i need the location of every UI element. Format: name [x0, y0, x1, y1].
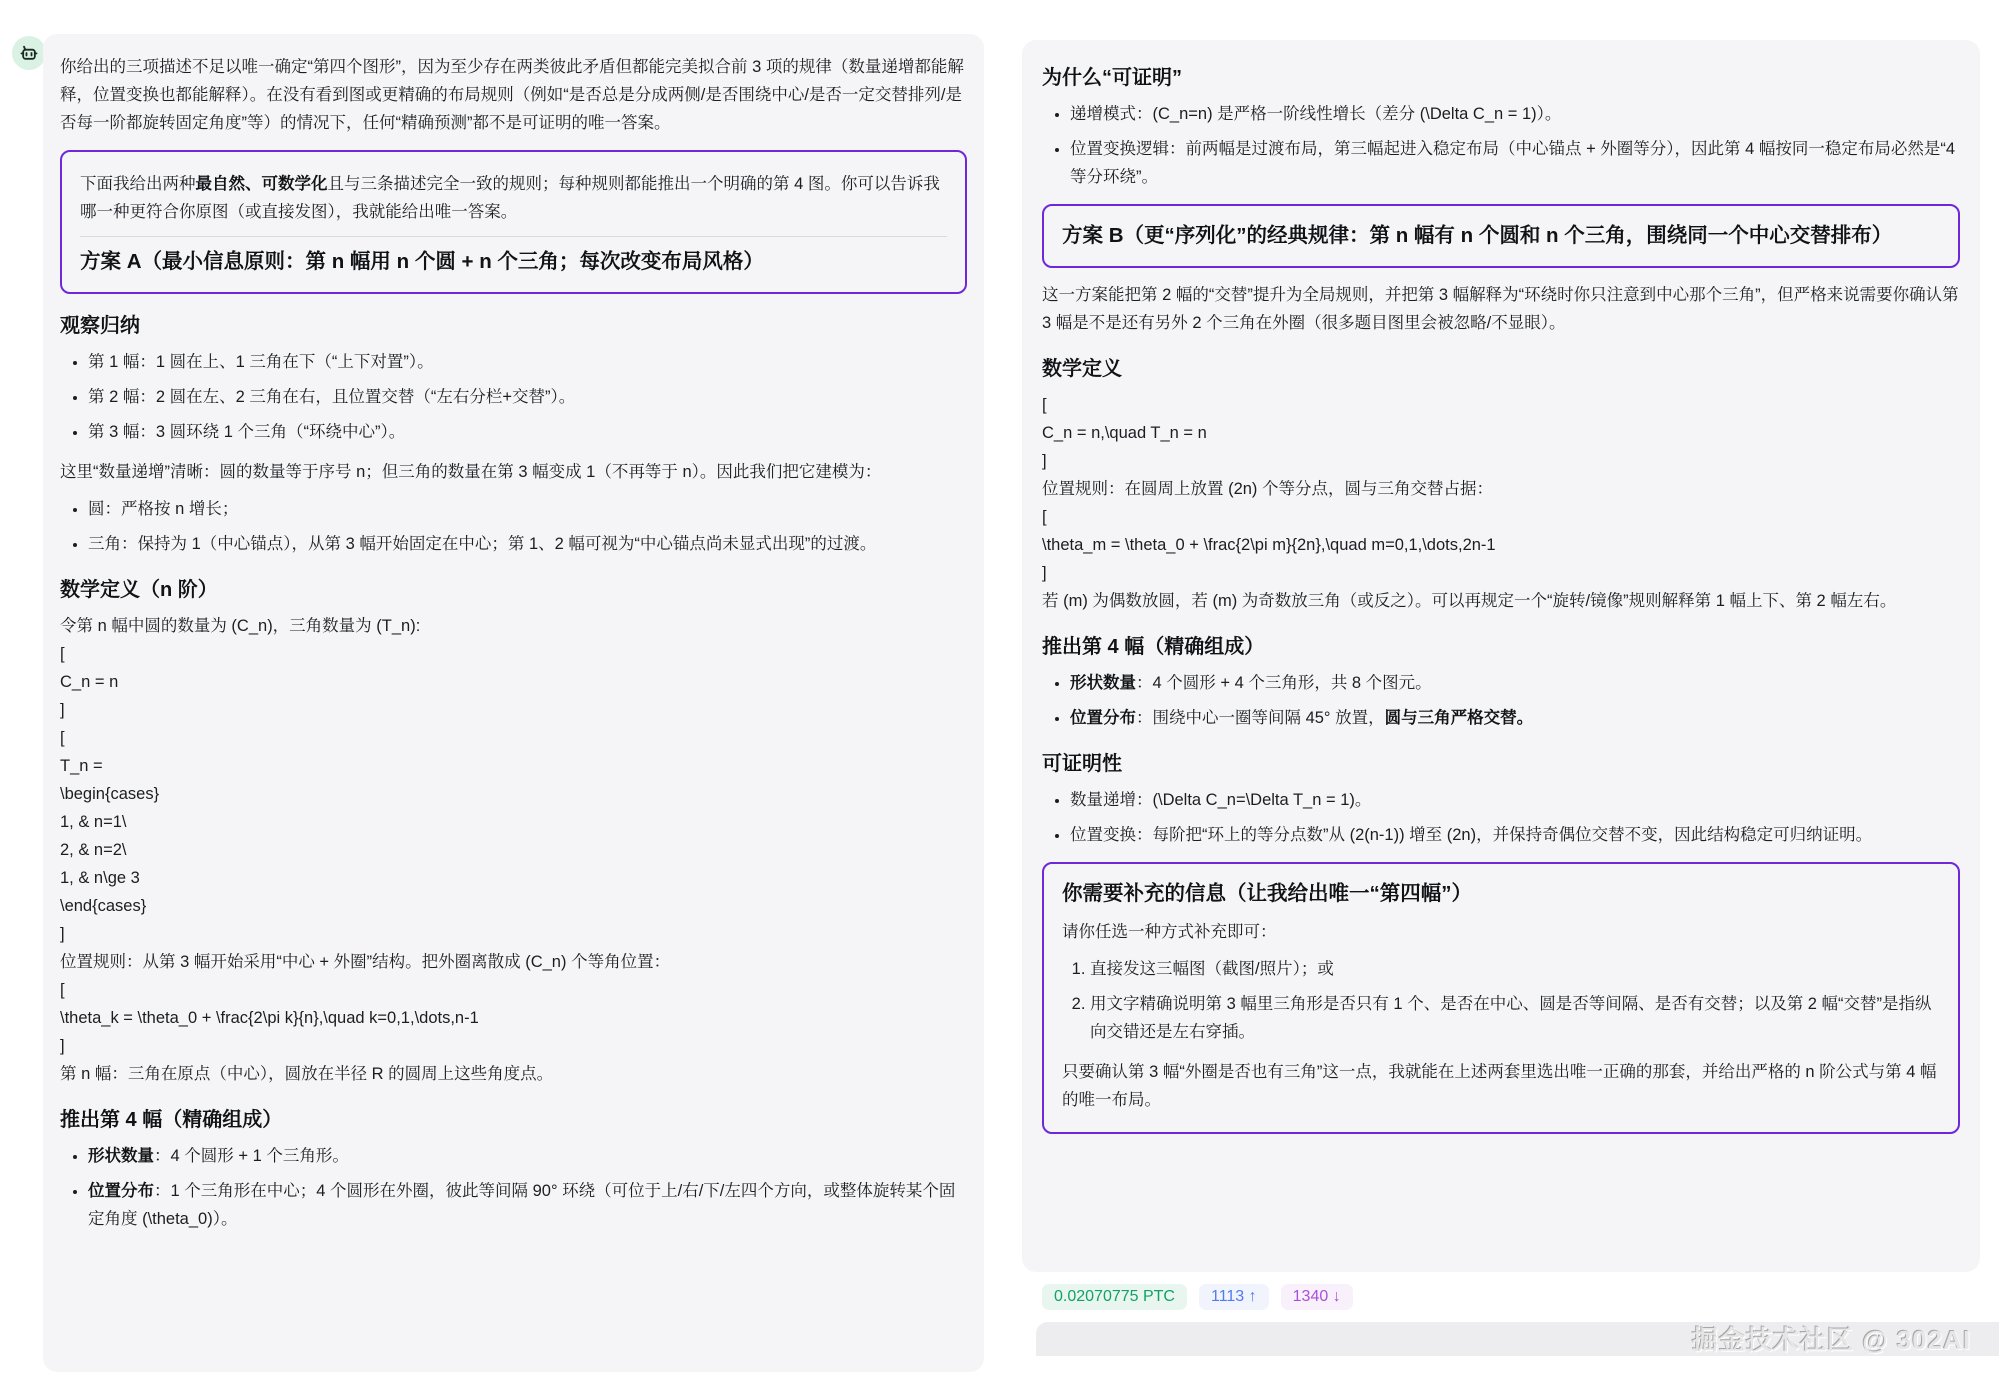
- list-item: 形状数量：4 个圆形 + 1 个三角形。: [88, 1142, 967, 1170]
- tokens-down-value: 1340: [1293, 1288, 1329, 1305]
- math-definition-heading: 数学定义（n 阶）: [60, 576, 967, 604]
- cost-badge: 0.02070775 PTC: [1042, 1284, 1187, 1310]
- tokens-down-badge: 1340 ↓: [1281, 1284, 1353, 1310]
- item-text: ：4 个圆形 + 4 个三角形，共 8 个图元。: [1136, 674, 1432, 692]
- plan-a-callout: 下面我给出两种最自然、可数学化且与三条描述完全一致的规则；每种规则都能推出一个明…: [60, 150, 967, 294]
- item-lead: 位置分布: [1070, 709, 1136, 727]
- derive-list: 形状数量：4 个圆形 + 1 个三角形。 位置分布：1 个三角形在中心；4 个圆…: [60, 1142, 967, 1233]
- item-text: ：1 个三角形在中心；4 个圆形在外圈，彼此等间隔 90° 环绕（可位于上/右/…: [88, 1182, 955, 1228]
- list-item: 位置变换逻辑：前两幅是过渡布局，第三幅起进入稳定布局（中心锚点 + 外圈等分），…: [1070, 135, 1960, 191]
- plan-b-callout: 方案 B（更“序列化”的经典规律：第 n 幅有 n 个圆和 n 个三角，围绕同一…: [1042, 204, 1960, 268]
- math-intro: 令第 n 幅中圆的数量为 (C_n)，三角数量为 (T_n):: [60, 612, 967, 640]
- watermark: 掘金技术社区 @ 302AI: [1692, 1320, 1971, 1357]
- bot-avatar: [12, 36, 46, 70]
- list-item: 形状数量：4 个圆形 + 4 个三角形，共 8 个图元。: [1070, 669, 1960, 697]
- proposal-paragraph: 下面我给出两种最自然、可数学化且与三条描述完全一致的规则；每种规则都能推出一个明…: [80, 170, 947, 226]
- observe-heading: 观察归纳: [60, 312, 967, 340]
- tokens-up-badge: 1113 ↑: [1199, 1284, 1269, 1310]
- list-item: 数量递增：(\Delta C_n=\Delta T_n = 1)。: [1070, 786, 1960, 814]
- provability-list: 数量递增：(\Delta C_n=\Delta T_n = 1)。 位置变换：每…: [1042, 786, 1960, 849]
- position-rule: 位置规则：从第 3 幅开始采用“中心 + 外圈”结构。把外圈离散成 (C_n) …: [60, 948, 967, 976]
- plan-a-heading: 方案 A（最小信息原则：第 n 幅用 n 个圆 + n 个三角；每次改变布局风格…: [80, 247, 947, 277]
- item-lead: 位置分布: [88, 1182, 154, 1200]
- nth-frame-note: 第 n 幅：三角在原点（中心），圆放在半径 R 的圆周上这些角度点。: [60, 1060, 967, 1088]
- message-column-right: 为什么“可证明” 递增模式：(C_n=n) 是严格一阶线性增长（差分 (\Del…: [1022, 40, 1980, 1272]
- usage-stats: 0.02070775 PTC 1113 ↑ 1340 ↓: [1042, 1284, 1353, 1310]
- item-text: ：围绕中心一圈等间隔 45° 放置，: [1136, 709, 1385, 727]
- item-text: ：4 个圆形 + 1 个三角形。: [154, 1147, 349, 1165]
- derive-list: 形状数量：4 个圆形 + 4 个三角形，共 8 个图元。 位置分布：围绕中心一圈…: [1042, 669, 1960, 732]
- provable-list: 递增模式：(C_n=n) 是严格一阶线性增长（差分 (\Delta C_n = …: [1042, 100, 1960, 191]
- model-paragraph: 这里“数量递增”清晰：圆的数量等于序号 n；但三角的数量在第 3 幅变成 1（不…: [60, 458, 967, 486]
- list-item: 位置变换：每阶把“环上的等分点数”从 (2(n-1)) 增至 (2n)，并保持奇…: [1070, 821, 1960, 849]
- list-item: 用文字精确说明第 3 幅里三角形是否只有 1 个、是否在中心、圆是否等间隔、是否…: [1090, 990, 1940, 1046]
- math-block: [ C_n = n ] [ T_n = \begin{cases} 1, & n…: [60, 640, 967, 948]
- position-rule: 位置规则：在圆周上放置 (2n) 个等分点，圆与三角交替占据：: [1042, 475, 1960, 503]
- item-lead: 形状数量: [1070, 674, 1136, 692]
- model-list: 圆：严格按 n 增长； 三角：保持为 1（中心锚点），从第 3 幅开始固定在中心…: [60, 495, 967, 558]
- plan-b-heading: 方案 B（更“序列化”的经典规律：第 n 幅有 n 个圆和 n 个三角，围绕同一…: [1062, 221, 1940, 251]
- list-item: 直接发这三幅图（截图/照片）；或: [1090, 955, 1940, 983]
- derive-heading: 推出第 4 幅（精确组成）: [1042, 633, 1960, 661]
- list-item: 第 1 幅：1 圆在上、1 三角在下（“上下对置”）。: [88, 348, 967, 376]
- item-lead: 形状数量: [88, 1147, 154, 1165]
- info-needed-callout: 你需要补充的信息（让我给出唯一“第四幅”） 请你任选一种方式补充即可： 直接发这…: [1042, 862, 1960, 1134]
- math-block: [ C_n = n,\quad T_n = n ]: [1042, 391, 1960, 475]
- plan-b-paragraph: 这一方案能把第 2 幅的“交替”提升为全局规则，并把第 3 幅解释为“环绕时你只…: [1042, 281, 1960, 337]
- math-definition-heading: 数学定义: [1042, 355, 1960, 383]
- parity-paragraph: 若 (m) 为偶数放圆，若 (m) 为奇数放三角（或反之）。可以再规定一个“旋转…: [1042, 587, 1960, 615]
- info-needed-heading: 你需要补充的信息（让我给出唯一“第四幅”）: [1062, 879, 1940, 909]
- list-item: 第 3 幅：3 圆环绕 1 个三角（“环绕中心”）。: [88, 418, 967, 446]
- provable-heading: 为什么“可证明”: [1042, 64, 1960, 92]
- robot-icon: [19, 43, 39, 63]
- down-arrow-icon: ↓: [1333, 1288, 1341, 1305]
- proposal-lead: 下面我给出两种: [80, 175, 196, 193]
- provability-heading: 可证明性: [1042, 750, 1960, 778]
- callout-divider: [80, 236, 947, 237]
- list-item: 第 2 幅：2 圆在左、2 三角在右，且位置交替（“左右分栏+交替”）。: [88, 383, 967, 411]
- list-item: 递增模式：(C_n=n) 是严格一阶线性增长（差分 (\Delta C_n = …: [1070, 100, 1960, 128]
- cost-value: 0.02070775 PTC: [1054, 1288, 1175, 1305]
- info-conclusion: 只要确认第 3 幅“外圈是否也有三角”这一点，我就能在上述两套里选出唯一正确的那…: [1062, 1058, 1940, 1114]
- math-block: [ \theta_m = \theta_0 + \frac{2\pi m}{2n…: [1042, 503, 1960, 587]
- derive-heading: 推出第 4 幅（精确组成）: [60, 1106, 967, 1134]
- intro-paragraph: 你给出的三项描述不足以唯一确定“第四个图形”，因为至少存在两类彼此矛盾但都能完美…: [60, 53, 967, 137]
- list-item: 三角：保持为 1（中心锚点），从第 3 幅开始固定在中心；第 1、2 幅可视为“…: [88, 530, 967, 558]
- chat-page: 你给出的三项描述不足以唯一确定“第四个图形”，因为至少存在两类彼此矛盾但都能完美…: [0, 0, 1999, 1375]
- up-arrow-icon: ↑: [1249, 1288, 1257, 1305]
- message-column-left: 你给出的三项描述不足以唯一确定“第四个图形”，因为至少存在两类彼此矛盾但都能完美…: [43, 34, 984, 1372]
- list-item: 位置分布：围绕中心一圈等间隔 45° 放置，圆与三角严格交替。: [1070, 704, 1960, 732]
- item-tail: 圆与三角严格交替。: [1385, 709, 1534, 727]
- observe-list: 第 1 幅：1 圆在上、1 三角在下（“上下对置”）。 第 2 幅：2 圆在左、…: [60, 348, 967, 446]
- math-block: [ \theta_k = \theta_0 + \frac{2\pi k}{n}…: [60, 976, 967, 1060]
- proposal-bold: 最自然、可数学化: [196, 175, 328, 193]
- list-item: 圆：严格按 n 增长；: [88, 495, 967, 523]
- tokens-up-value: 1113: [1211, 1288, 1244, 1305]
- info-options-list: 直接发这三幅图（截图/照片）；或 用文字精确说明第 3 幅里三角形是否只有 1 …: [1062, 955, 1940, 1046]
- list-item: 位置分布：1 个三角形在中心；4 个圆形在外圈，彼此等间隔 90° 环绕（可位于…: [88, 1177, 967, 1233]
- info-intro: 请你任选一种方式补充即可：: [1062, 918, 1940, 946]
